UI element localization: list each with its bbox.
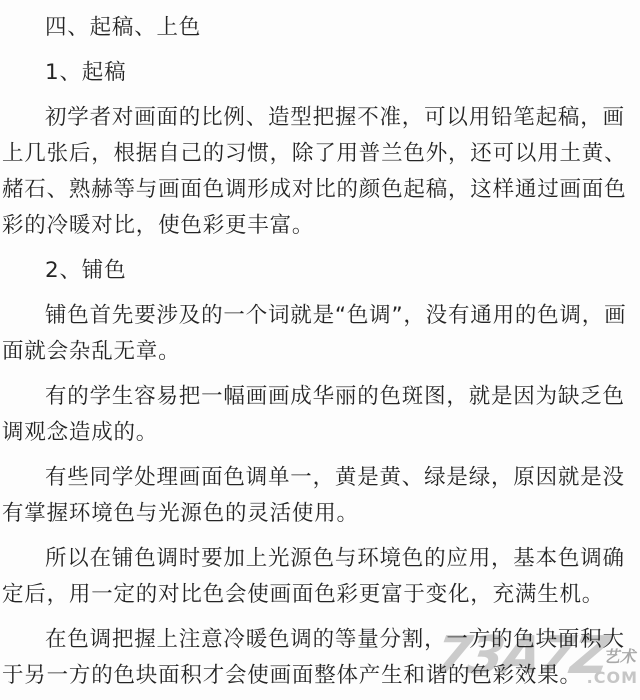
paragraph-puse-tone: 铺色首先要涉及的一个词就是“色调”，没有通用的色调，画面就会杂乱无章。 <box>2 298 637 370</box>
article-content: 四、起稿、上色 1、起稿 初学者对画面的比例、造型把握不准，可以用铅笔起稿，画上… <box>0 0 640 694</box>
section-heading: 四、起稿、上色 <box>2 10 637 46</box>
article-page: 四、起稿、上色 1、起稿 初学者对画面的比例、造型把握不准，可以用铅笔起稿，画上… <box>0 0 640 700</box>
paragraph-qigao: 初学者对画面的比例、造型把握不准，可以用铅笔起稿，画上几张后，根据自己的习惯，除… <box>2 100 637 244</box>
paragraph-puse-balance: 在色调把握上注意冷暖色调的等量分割，一方的色块面积大于另一方的色块面积才会使画面… <box>2 622 637 694</box>
subsection-heading-qigao: 1、起稿 <box>2 55 637 91</box>
paragraph-puse-lightsource: 所以在铺色调时要加上光源色与环境色的应用，基本色调确定后，用一定的对比色会使画面… <box>2 541 637 613</box>
paragraph-puse-singletone: 有些同学处理画面色调单一，黄是黄、绿是绿，原因就是没有掌握环境色与光源色的灵活使… <box>2 460 637 532</box>
subsection-heading-puse: 2、铺色 <box>2 253 637 289</box>
paragraph-puse-colorpatch: 有的学生容易把一幅画画成华丽的色斑图，就是因为缺乏色调观念造成的。 <box>2 379 637 451</box>
